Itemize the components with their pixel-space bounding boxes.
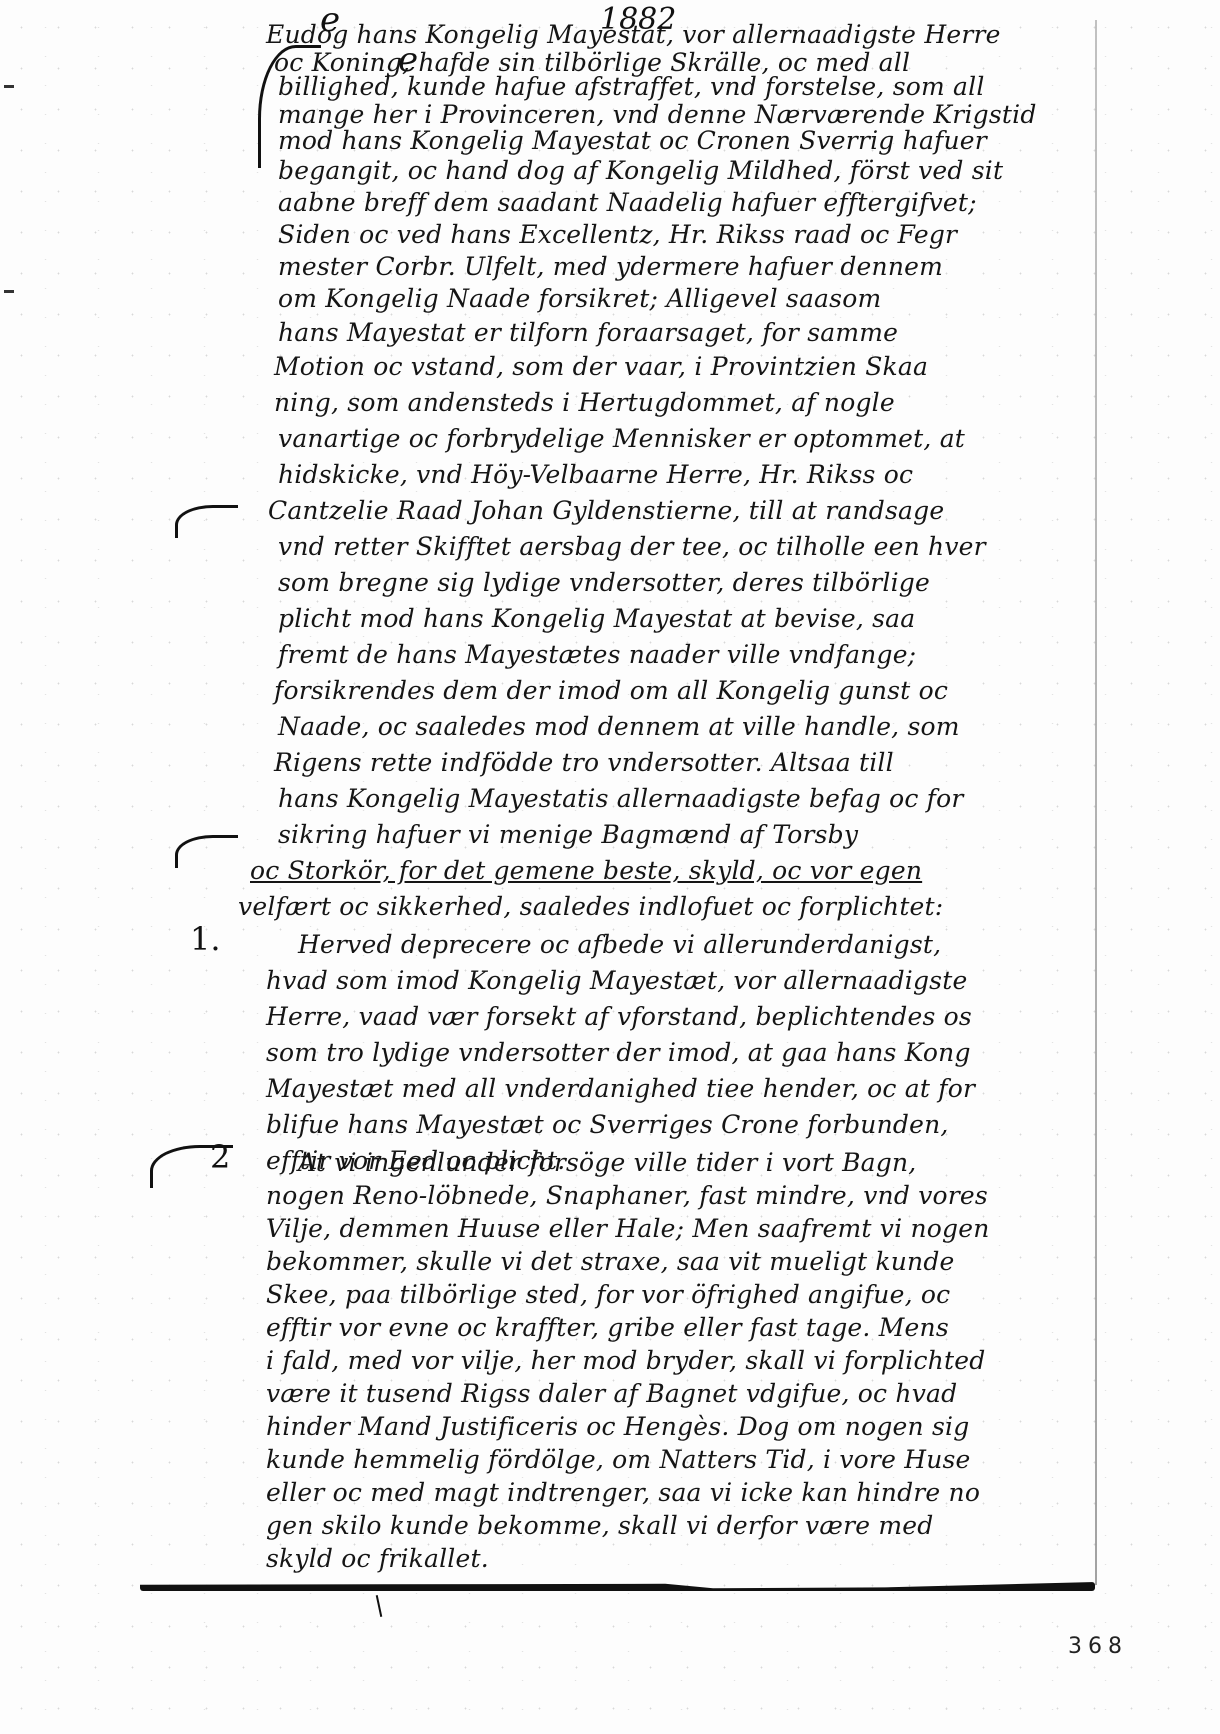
text-line: skyld oc frikallet.: [266, 1544, 489, 1573]
margin-mark: [4, 290, 14, 293]
text-line: aabne breff dem saadant Naadelig hafuer …: [278, 188, 977, 217]
text-line: Herre, vaad vær forsekt af vforstand, be…: [266, 1002, 972, 1031]
page-edge-right: [1095, 20, 1097, 1585]
page-stamp-number: 368: [1068, 1634, 1128, 1659]
text-line: mod hans Kongelig Mayestat oc Cronen Sve…: [278, 126, 987, 155]
text-line: forsikrendes dem der imod om all Kongeli…: [274, 676, 948, 705]
text-line: ning, som andensteds i Hertugdommet, af …: [274, 388, 895, 417]
text-line: oc Storkör, for det gemene beste, skyld,…: [250, 856, 922, 885]
text-line: hidskicke, vnd Höy-Velbaarne Herre, Hr. …: [278, 460, 913, 489]
text-line: Motion oc vstand, som der vaar, i Provin…: [274, 352, 928, 381]
text-line: bekommer, skulle vi det straxe, saa vit …: [266, 1247, 955, 1276]
text-line: mester Corbr. Ulfelt, med ydermere hafue…: [278, 252, 943, 281]
text-line: mange her i Provinceren, vnd denne Nærvæ…: [278, 100, 1037, 129]
text-line: At vi ingenlunder forsöge ville tider i …: [298, 1148, 916, 1177]
text-line: fremt de hans Mayestætes naader ville vn…: [278, 640, 916, 669]
text-line: kunde hemmelig fördölge, om Natters Tid,…: [266, 1445, 971, 1474]
text-line: efftir vor evne oc kraffter, gribe eller…: [266, 1313, 949, 1342]
text-line: hans Mayestat er tilforn foraarsaget, fo…: [278, 318, 898, 347]
text-line: sikring hafuer vi menige Bagmænd af Tors…: [278, 820, 858, 849]
text-line: Rigens rette indfödde tro vndersotter. A…: [274, 748, 894, 777]
text-line: eller oc med magt indtrenger, saa vi ick…: [266, 1478, 980, 1507]
text-line: Vilje, demmen Huuse eller Hale; Men saaf…: [266, 1214, 990, 1243]
text-line: vnd retter Skifftet aersbag der tee, oc …: [278, 532, 986, 561]
text-line: Siden oc ved hans Excellentz, Hr. Rikss …: [278, 220, 957, 249]
text-line: nogen Reno-löbnede, Snaphaner, fast mind…: [266, 1181, 988, 1210]
item-number: 2: [210, 1138, 230, 1176]
text-line: Herved deprecere oc afbede vi allerunder…: [298, 930, 941, 959]
text-line: begangit, oc hand dog af Kongelig Mildhe…: [278, 156, 1003, 185]
margin-mark: [4, 85, 14, 88]
text-line: hinder Mand Justificeris oc Hengès. Dog …: [266, 1412, 969, 1441]
text-line: Cantzelie Raad Johan Gyldenstierne, till…: [268, 496, 944, 525]
text-line: Eudog hans Kongelig Mayestat, vor allern…: [266, 20, 1001, 49]
text-line: hans Kongelig Mayestatis allernaadigste …: [278, 784, 964, 813]
text-line: hvad som imod Kongelig Mayestæt, vor all…: [266, 966, 967, 995]
text-line: blifue hans Mayestæt oc Sverriges Crone …: [266, 1110, 949, 1139]
text-line: billighed, kunde hafue afstraffet, vnd f…: [278, 72, 985, 101]
text-line: velfært oc sikkerhed, saaledes indlofuet…: [238, 892, 943, 921]
text-line: gen skilo kunde bekomme, skall vi derfor…: [266, 1511, 933, 1540]
text-line: Naade, oc saaledes mod dennem at ville h…: [278, 712, 960, 741]
text-line: Mayestæt med all vnderdanighed tiee hend…: [266, 1074, 975, 1103]
text-line: som tro lydige vndersotter der imod, at …: [266, 1038, 971, 1067]
text-line: plicht mod hans Kongelig Mayestat at bev…: [278, 604, 915, 633]
manuscript-page: e e 1882 1. 2 Eudog hans Kongelig Mayest…: [0, 0, 1220, 1734]
text-line: Skee, paa tilbörlige sted, for vor öfrig…: [266, 1280, 950, 1309]
item-number: 1.: [190, 920, 221, 958]
text-line: være it tusend Rigss daler af Bagnet vdg…: [266, 1379, 957, 1408]
text-line: i fald, med vor vilje, her mod bryder, s…: [266, 1346, 985, 1375]
text-line: om Kongelig Naade forsikret; Alligevel s…: [278, 284, 881, 313]
text-line: vanartige oc forbrydelige Mennisker er o…: [278, 424, 965, 453]
text-line: som bregne sig lydige vndersotter, deres…: [278, 568, 930, 597]
